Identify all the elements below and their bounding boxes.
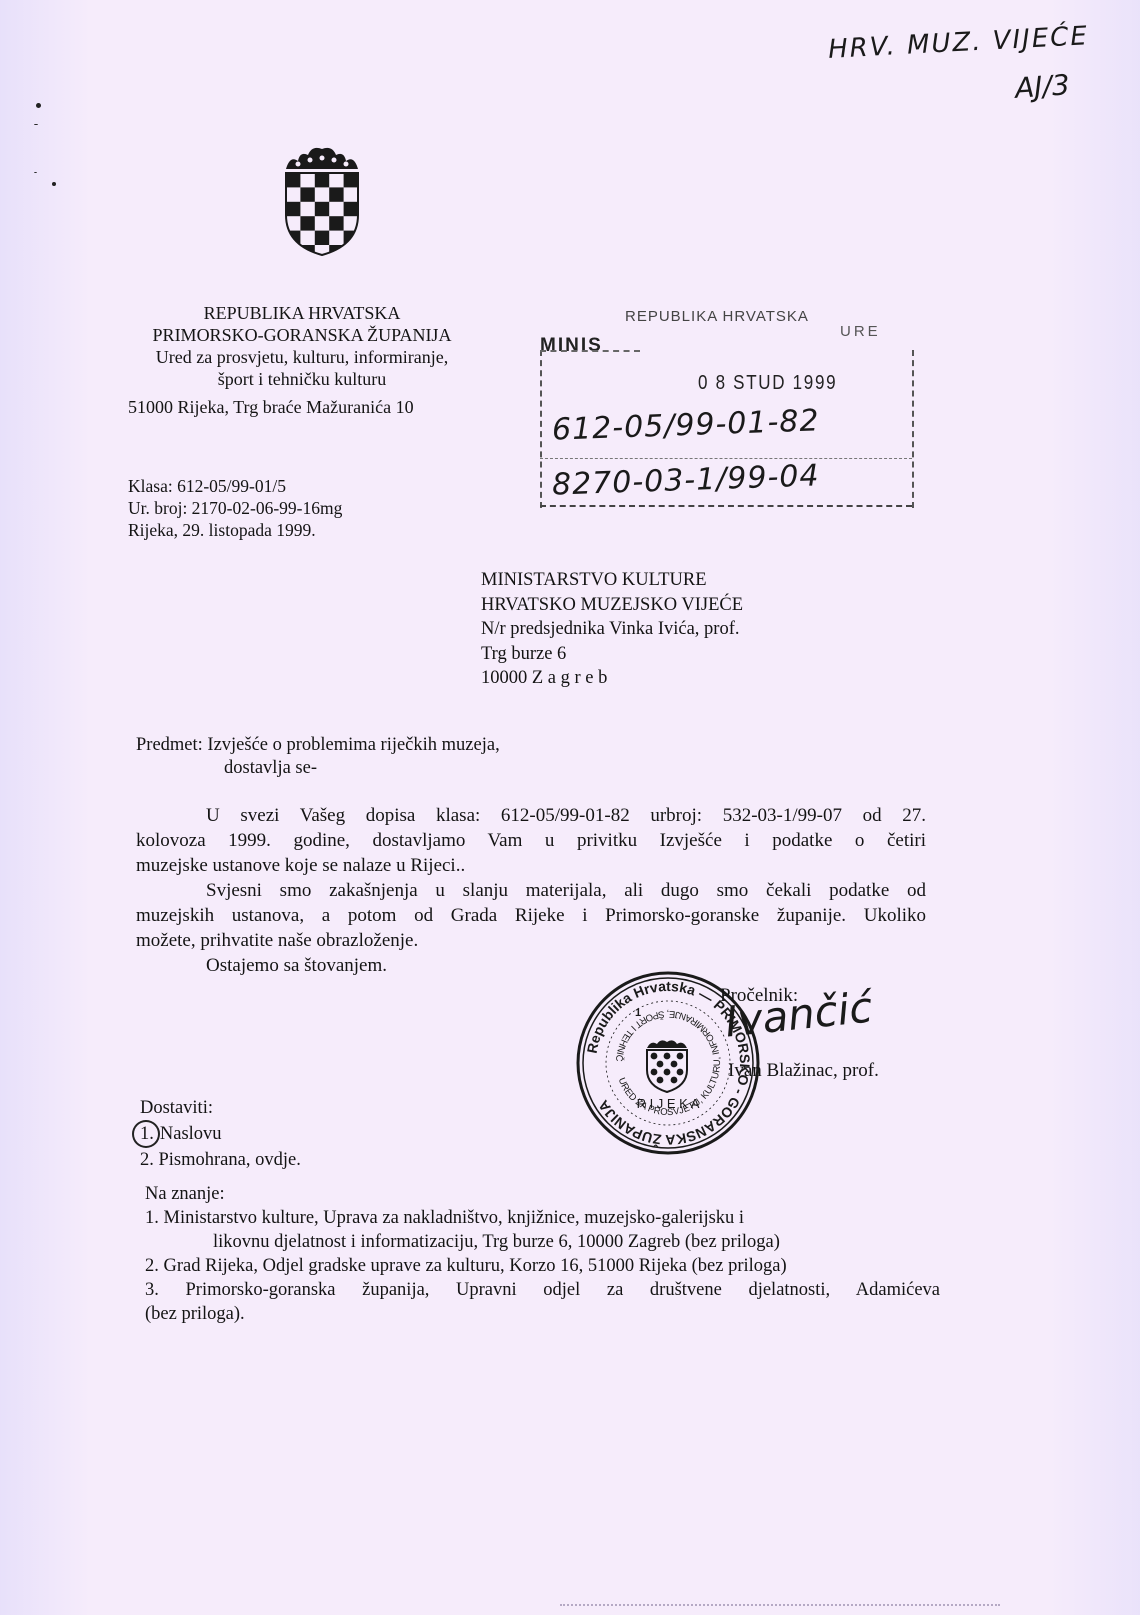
seal-number: 1 — [635, 1007, 641, 1019]
info-item: 3. Primorsko-goranska županija, Upravni … — [145, 1278, 940, 1302]
circled-number: 1. — [132, 1120, 160, 1148]
subject-block: Predmet: Izvješće o problemima riječkih … — [136, 734, 500, 780]
place-date: Rijeka, 29. listopada 1999. — [128, 519, 342, 541]
sender-header: REPUBLIKA HRVATSKA PRIMORSKO-GORANSKA ŽU… — [122, 302, 482, 390]
delivery-item: 1.Naslovu — [140, 1120, 301, 1148]
info-item-cont: (bez priloga). — [145, 1302, 940, 1326]
sender-office-cont: šport i tehničku kulturu — [122, 368, 482, 390]
croatian-coat-of-arms-icon — [282, 145, 362, 257]
delivery-list: Dostaviti: 1.Naslovu 2. Pismohrana, ovdj… — [140, 1096, 301, 1172]
recipient-street: Trg burze 6 — [481, 642, 743, 667]
scan-speck — [34, 172, 37, 173]
handwritten-note: HRV. MUZ. VIJEĆE — [827, 21, 1089, 65]
body-line: možete, prihvatite naše obrazloženje. — [136, 928, 926, 953]
sender-office: Ured za prosvjetu, kulturu, informiranje… — [122, 346, 482, 368]
recipient-block: MINISTARSTVO KULTURE HRVATSKO MUZEJSKO V… — [481, 568, 743, 691]
body-line: Svjesni smo zakašnjenja u slanju materij… — [136, 878, 926, 903]
body-line: muzejske ustanove koje se nalaze u Rijec… — [136, 853, 926, 878]
for-information-heading: Na znanje: — [145, 1182, 940, 1206]
body-line: kolovoza 1999. godine, dostavljamo Vam u… — [136, 828, 926, 853]
stamp-tail-text: URE — [840, 323, 881, 340]
closing-line: Ostajemo sa štovanjem. — [136, 953, 926, 978]
seal-city: R I J E K A — [637, 1096, 700, 1111]
recipient-attention: N/r predsjednika Vinka Ivića, prof. — [481, 617, 743, 642]
urbroj: Ur. broj: 2170-02-06-99-16mg — [128, 497, 342, 519]
handwritten-note-code: AJ/3 — [1014, 68, 1071, 105]
recipient-city: 10000 Z a g r e b — [481, 666, 743, 691]
sender-county: PRIMORSKO-GORANSKA ŽUPANIJA — [122, 324, 482, 346]
stamp-divider — [540, 350, 640, 352]
delivery-item-number: 2. — [140, 1150, 154, 1170]
delivery-heading: Dostaviti: — [140, 1096, 301, 1120]
delivery-item: 2. Pismohrana, ovdje. — [140, 1148, 301, 1172]
body-line: U svezi Vašeg dopisa klasa: 612-05/99-01… — [136, 803, 926, 828]
scan-speck — [52, 182, 56, 186]
sender-country: REPUBLIKA HRVATSKA — [122, 302, 482, 324]
scan-speck — [34, 124, 38, 125]
signatory-name: Ivan Blažinac, prof. — [728, 1060, 879, 1082]
stamp-date: 0 8 STUD 1999 — [698, 372, 837, 395]
delivery-item-text: Pismohrana, ovdje. — [159, 1150, 301, 1170]
info-item-cont: likovnu djelatnost i informatizaciju, Tr… — [145, 1230, 940, 1254]
info-item: 2. Grad Rijeka, Odjel gradske uprave za … — [145, 1254, 940, 1278]
info-item: 1. Ministarstvo kulture, Uprava za nakla… — [145, 1206, 940, 1230]
for-information-list: Na znanje: 1. Ministarstvo kulture, Upra… — [145, 1182, 940, 1326]
stamp-top-text: REPUBLIKA HRVATSKA — [625, 308, 809, 325]
letter-body: U svezi Vašeg dopisa klasa: 612-05/99-01… — [136, 803, 926, 978]
subject-line-cont: dostavlja se- — [136, 757, 500, 780]
received-stamp: REPUBLIKA HRVATSKA MINIS URE 0 8 STUD 19… — [540, 308, 920, 508]
recipient-ministry: MINISTARSTVO KULTURE — [481, 568, 743, 593]
klasa: Klasa: 612-05/99-01/5 — [128, 475, 342, 497]
scan-speck — [36, 103, 41, 108]
scan-artifact — [560, 1604, 1000, 1608]
delivery-item-text: Naslovu — [160, 1124, 222, 1144]
stamp-divider — [540, 458, 912, 459]
subject-line: Predmet: Izvješće o problemima riječkih … — [136, 734, 500, 757]
recipient-council: HRVATSKO MUZEJSKO VIJEĆE — [481, 593, 743, 618]
body-line: muzejskih ustanova, a potom od Grada Rij… — [136, 903, 926, 928]
reference-block: Klasa: 612-05/99-01/5 Ur. broj: 2170-02-… — [128, 475, 342, 541]
sender-address: 51000 Rijeka, Trg braće Mažuranića 10 — [128, 397, 414, 418]
stamp-divider — [540, 505, 912, 507]
